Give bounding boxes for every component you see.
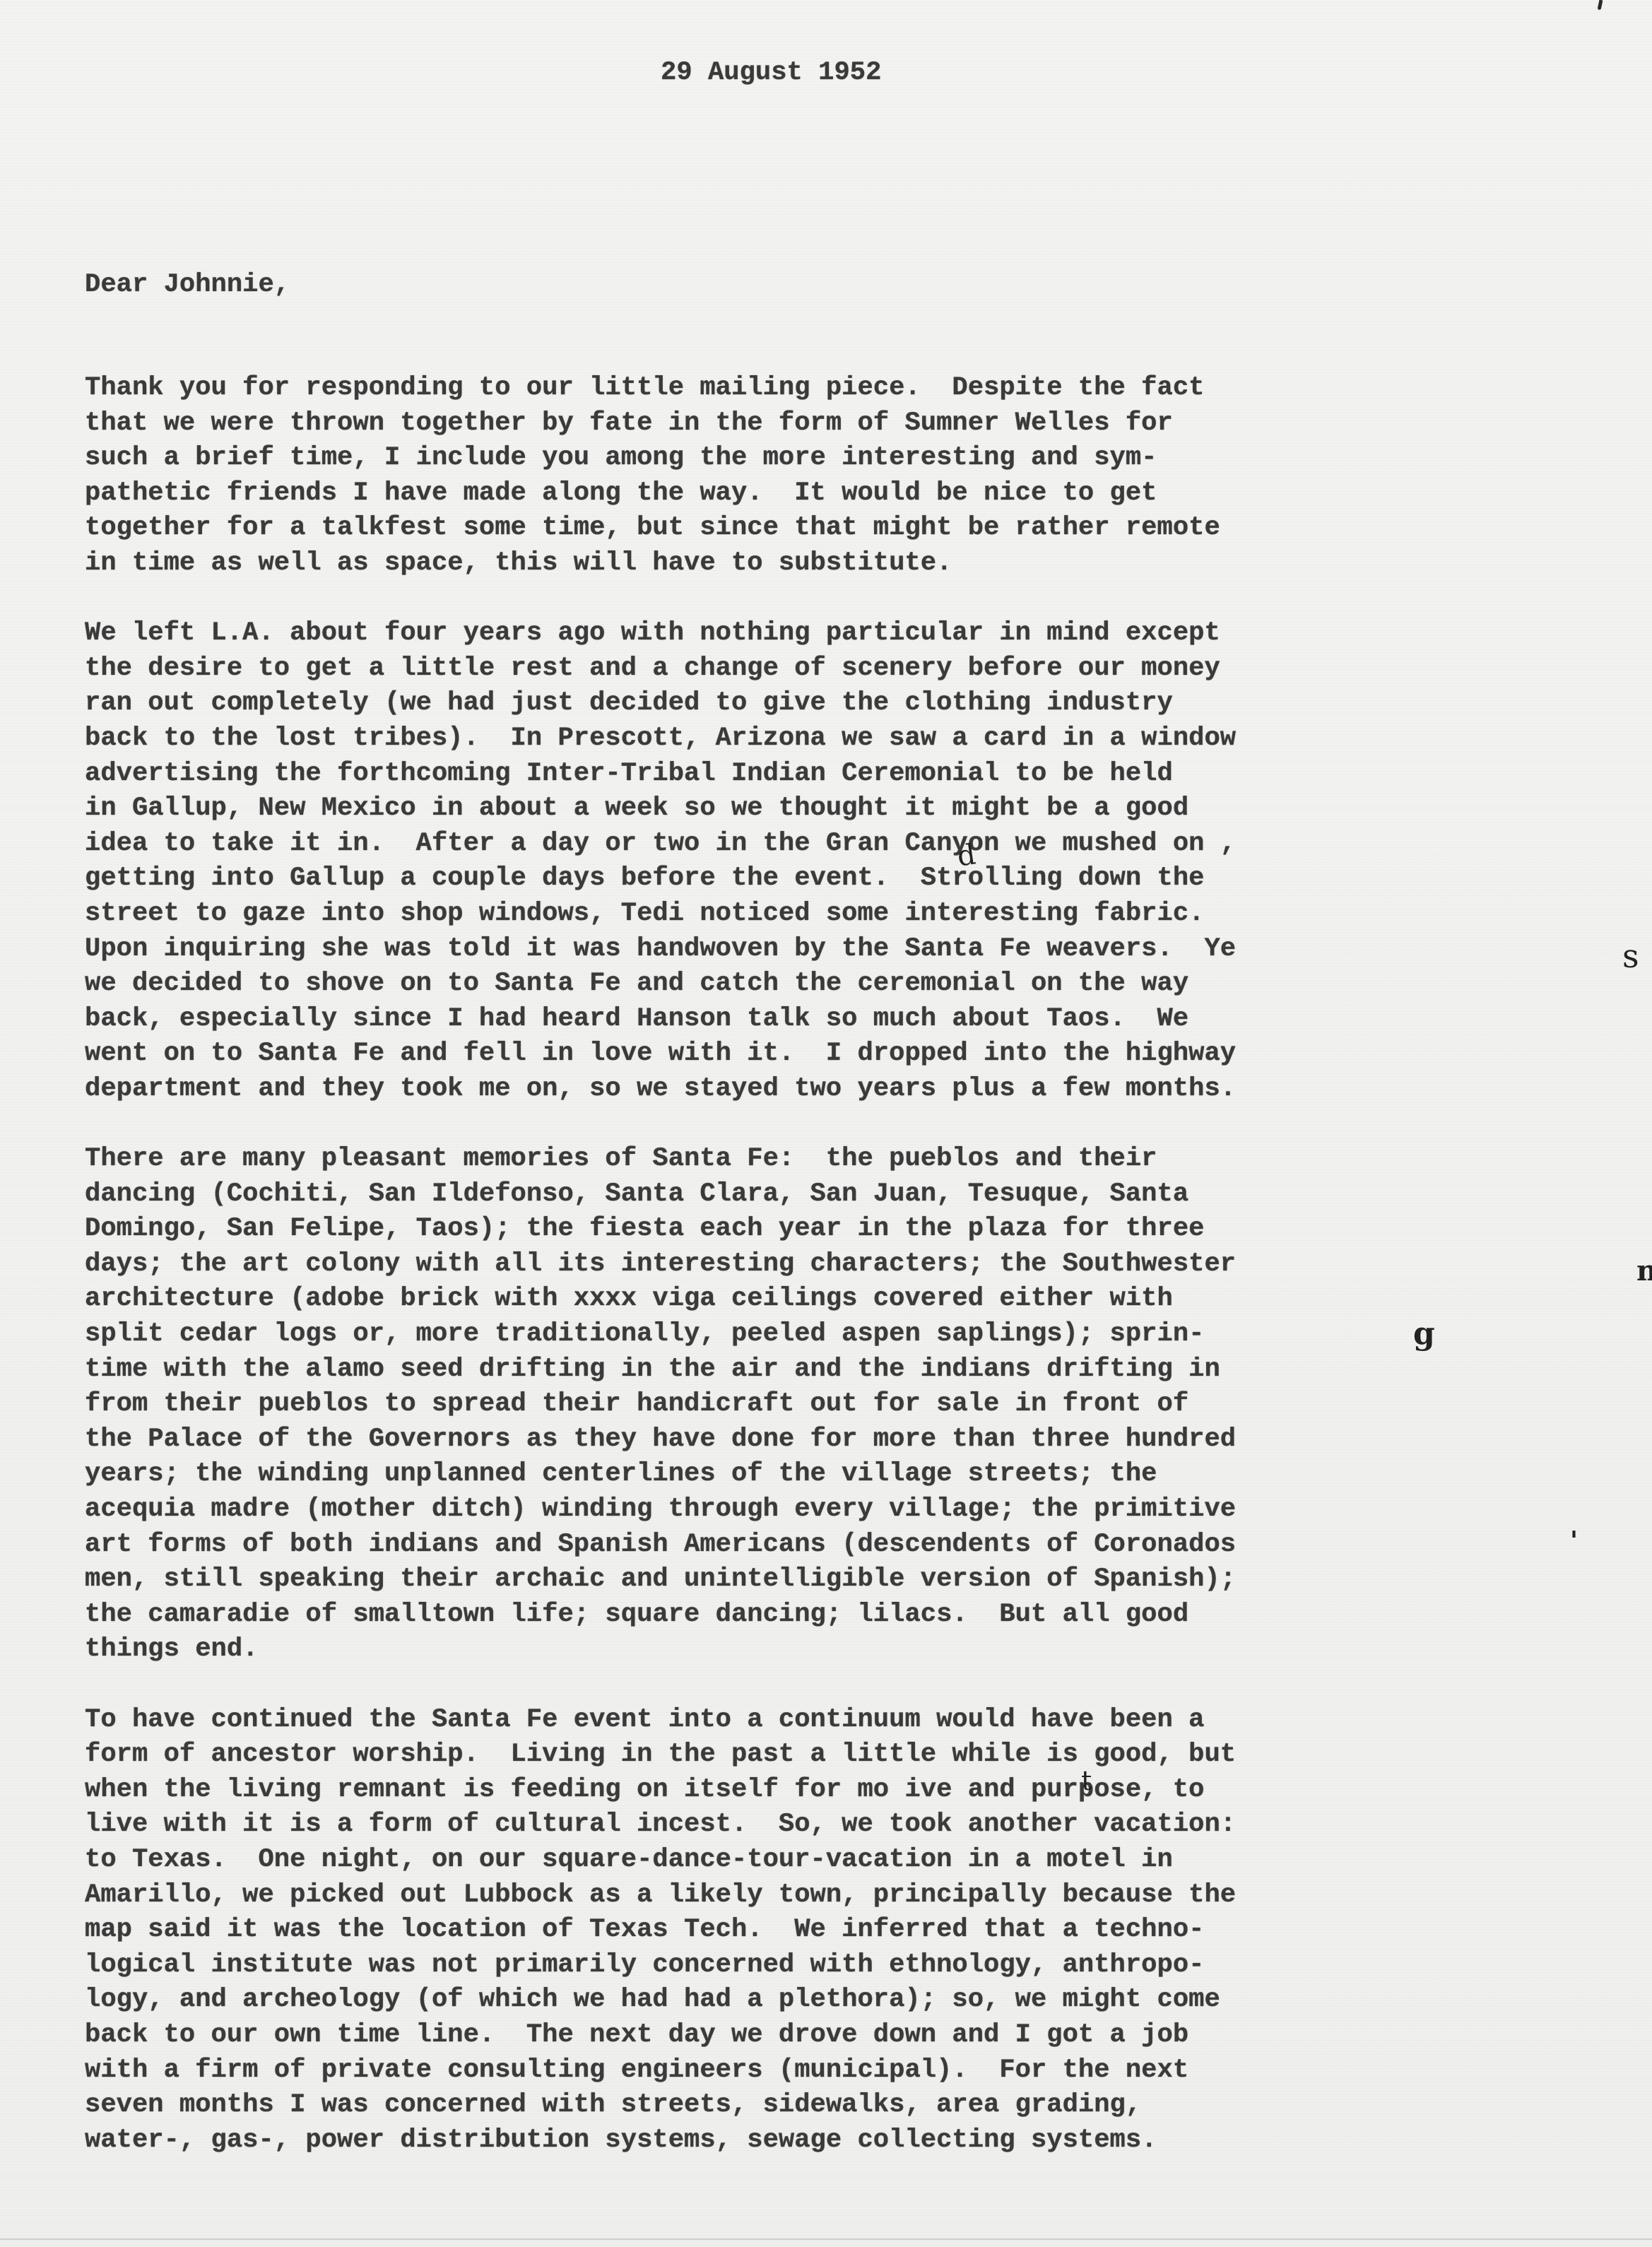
handwritten-correction-t: t [1081, 1765, 1092, 1796]
text-line: street to gaze into shop windows, Tedi n… [85, 897, 1236, 932]
text-line: men, still speaking their archaic and un… [85, 1562, 1236, 1598]
handwritten-correction-s: s [1622, 937, 1639, 975]
text-line: map said it was the location of Texas Te… [85, 1913, 1236, 1948]
text-line: such a brief time, I include you among t… [85, 441, 1236, 476]
page-edge [0, 2239, 1652, 2240]
text-line: the camaradie of smalltown life; square … [85, 1598, 1236, 1633]
text-line: There are many pleasant memories of Sant… [85, 1142, 1236, 1177]
text-line: went on to Santa Fe and fell in love wit… [85, 1037, 1236, 1072]
text-line: back, especially since I had heard Hanso… [85, 1002, 1236, 1037]
text-line: days; the art colony with all its intere… [85, 1247, 1236, 1282]
text-line: Domingo, San Felipe, Taos); the fiesta e… [85, 1212, 1236, 1247]
text-line: together for a talkfest some time, but s… [85, 511, 1236, 546]
text-line: getting into Gallup a couple days before… [85, 861, 1236, 897]
text-line: we decided to shove on to Santa Fe and c… [85, 967, 1236, 1002]
handwritten-apostrophe: ' [1570, 1526, 1578, 1556]
text-line: logy, and archeology (of which we had ha… [85, 1983, 1236, 2018]
salutation: Dear Johnnie, [85, 270, 290, 300]
text-line: with a firm of private consulting engine… [85, 2053, 1236, 2089]
text-line: To have continued the Santa Fe event int… [85, 1703, 1236, 1738]
text-line: form of ancestor worship. Living in the … [85, 1738, 1236, 1773]
text-line: years; the winding unplanned centerlines… [85, 1457, 1236, 1492]
ink-mark [1598, 0, 1603, 10]
text-line: Thank you for responding to our little m… [85, 371, 1236, 406]
text-line: Upon inquiring she was told it was handw… [85, 932, 1236, 967]
text-line: live with it is a form of cultural inces… [85, 1807, 1236, 1843]
text-line: things end. [85, 1632, 1236, 1668]
text-line: back to the lost tribes). In Prescott, A… [85, 721, 1236, 757]
text-line: art forms of both indians and Spanish Am… [85, 1528, 1236, 1563]
text-line: pathetic friends I have made along the w… [85, 476, 1236, 512]
text-line: to Texas. One night, on our square-dance… [85, 1843, 1236, 1878]
text-line: in time as well as space, this will have… [85, 546, 1236, 582]
paragraph-gap [85, 582, 1236, 617]
letter-body: Thank you for responding to our little m… [85, 371, 1236, 2158]
text-line: seven months I was concerned with street… [85, 2088, 1236, 2123]
text-line: back to our own time line. The next day … [85, 2018, 1236, 2053]
text-line: advertising the forthcoming Inter-Tribal… [85, 757, 1236, 792]
text-line: in Gallup, New Mexico in about a week so… [85, 791, 1236, 827]
text-line: when the living remnant is feeding on it… [85, 1773, 1236, 1808]
text-line: idea to take it in. After a day or two i… [85, 827, 1236, 862]
letter-page: 29 August 1952 Dear Johnnie, Thank you f… [0, 0, 1652, 2247]
text-line: from their pueblos to spread their handi… [85, 1387, 1236, 1422]
text-line: water-, gas-, power distribution systems… [85, 2123, 1236, 2159]
text-line: We left L.A. about four years ago with n… [85, 616, 1236, 651]
text-line: dancing (Cochiti, San Ildefonso, Santa C… [85, 1177, 1236, 1213]
handwritten-correction-n: n [1636, 1254, 1652, 1287]
text-line: logical institute was not primarily conc… [85, 1948, 1236, 1983]
text-line: architecture (adobe brick with xxxx viga… [85, 1282, 1236, 1317]
handwritten-correction-g: g [1413, 1316, 1435, 1352]
paragraph-gap [85, 1107, 1236, 1142]
text-line: the Palace of the Governors as they have… [85, 1422, 1236, 1458]
text-line: the desire to get a little rest and a ch… [85, 651, 1236, 687]
text-line: time with the alamo seed drifting in the… [85, 1352, 1236, 1388]
text-line: department and they took me on, so we st… [85, 1072, 1236, 1107]
text-line: ran out completely (we had just decided … [85, 686, 1236, 721]
text-line: that we were thrown together by fate in … [85, 406, 1236, 442]
text-line: acequia madre (mother ditch) winding thr… [85, 1492, 1236, 1528]
text-line: split cedar logs or, more traditionally,… [85, 1317, 1236, 1352]
paragraph-gap [85, 1668, 1236, 1703]
letter-date: 29 August 1952 [661, 58, 881, 88]
text-line: Amarillo, we picked out Lubbock as a lik… [85, 1878, 1236, 1913]
